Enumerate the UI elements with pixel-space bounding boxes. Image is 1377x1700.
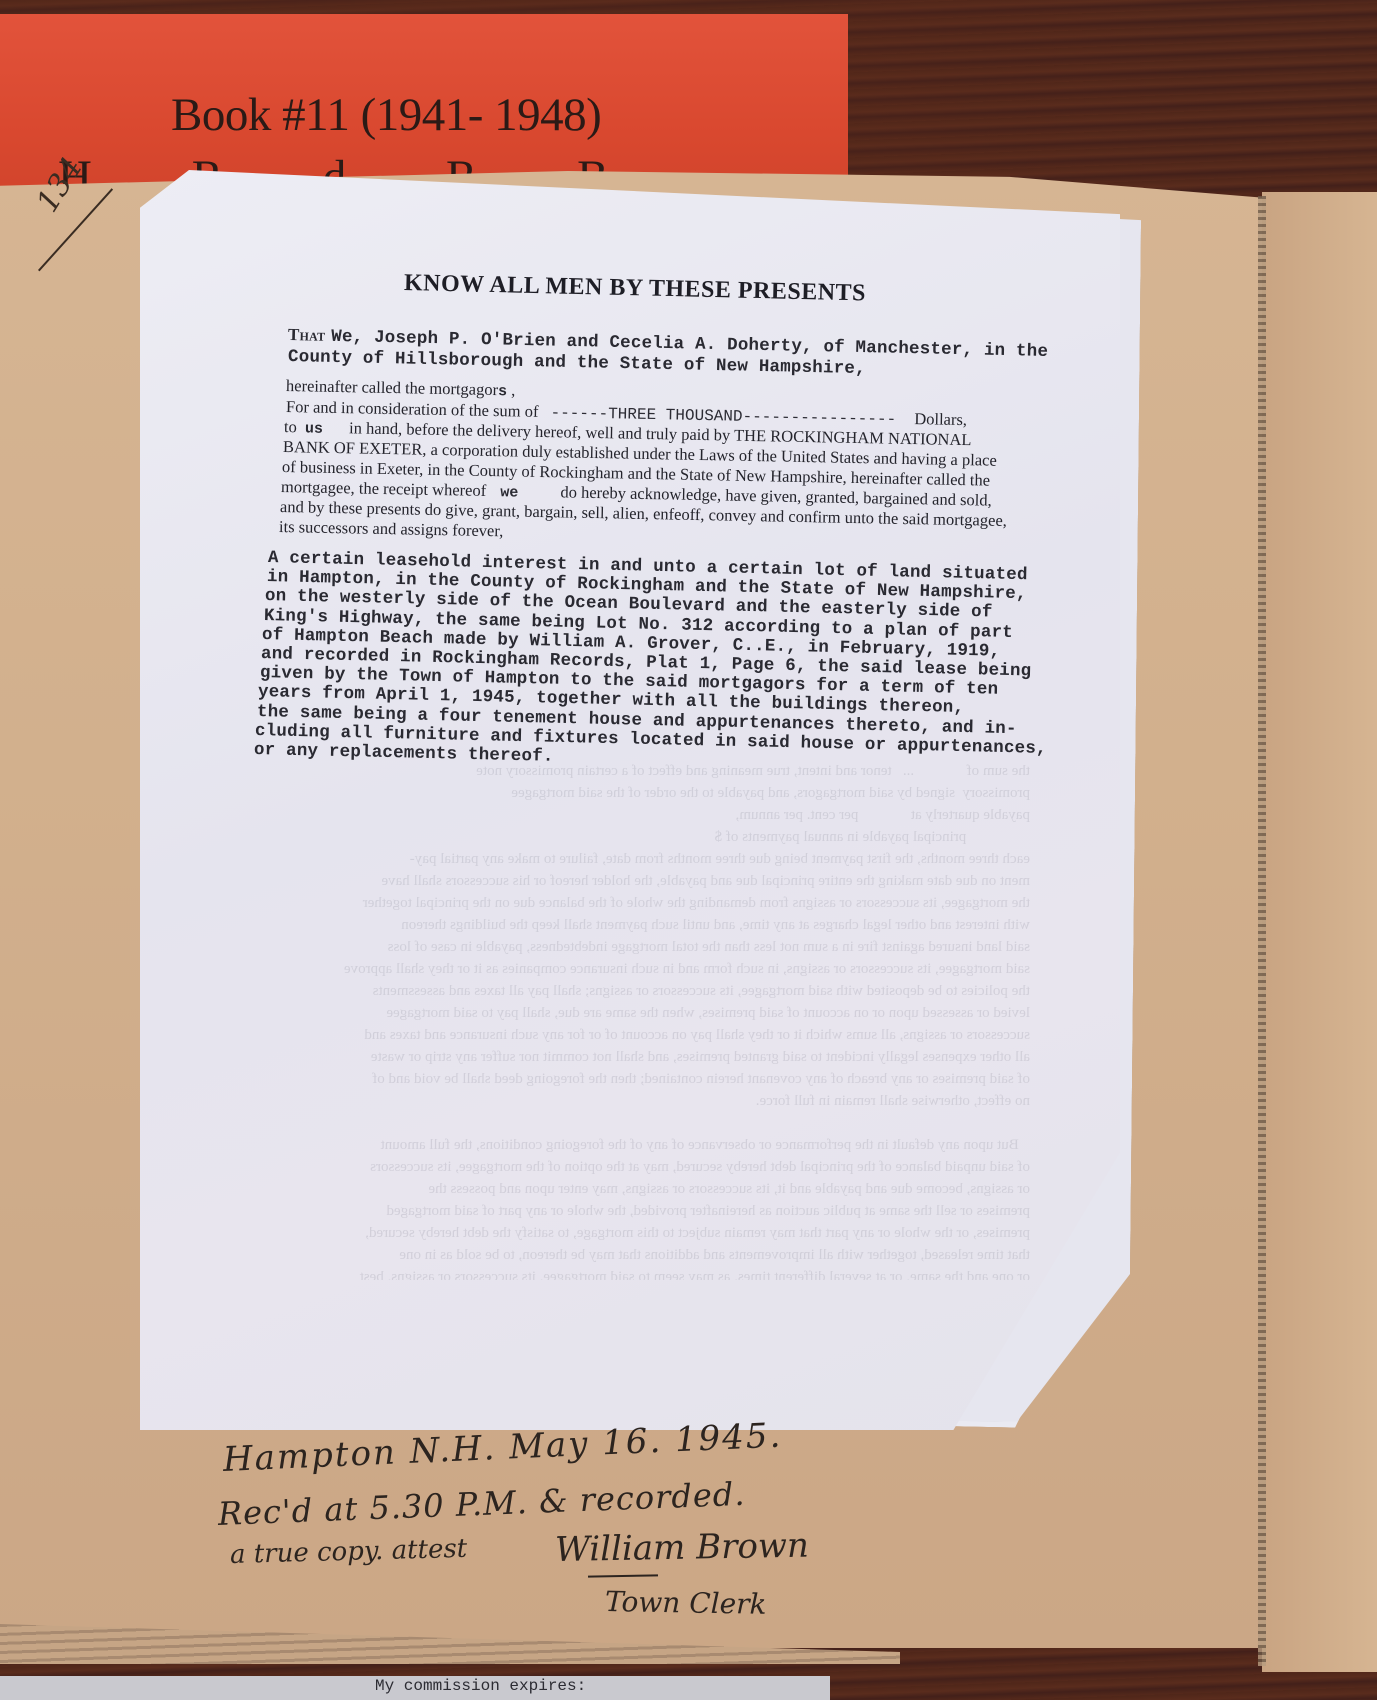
commission-expires-text: My commission expires:	[375, 1677, 586, 1695]
assigns-line: its successors and assigns forever,	[279, 517, 504, 541]
mortgagors-prefix: hereinafter called the mortgagor	[286, 376, 498, 399]
receipt-party: we	[500, 484, 518, 501]
to-party: us	[305, 420, 323, 437]
recording-time-line: Rec'd at 5.30 P.M. & recorded.	[217, 1475, 746, 1533]
clerk-signature: William Brown	[555, 1526, 810, 1570]
signature-underline	[588, 1574, 658, 1577]
deed-heading: KNOW ALL MEN BY THESE PRESENTS	[404, 270, 867, 307]
that-label: That	[288, 325, 326, 345]
currency-label: Dollars,	[914, 409, 967, 429]
to-prefix: to	[284, 417, 297, 436]
mortgagors-end: ,	[507, 380, 516, 399]
clerk-title: Town Clerk	[605, 1585, 767, 1621]
deed-content: KNOW ALL MEN BY THESE PRESENTS ThatWe, J…	[0, 0, 1377, 1700]
recording-date-line: Hampton N.H. May 16. 1945.	[222, 1416, 783, 1480]
attest-label: a true copy. attest	[230, 1534, 468, 1570]
receipt-prefix: mortgagee, the receipt whereof	[281, 477, 487, 500]
